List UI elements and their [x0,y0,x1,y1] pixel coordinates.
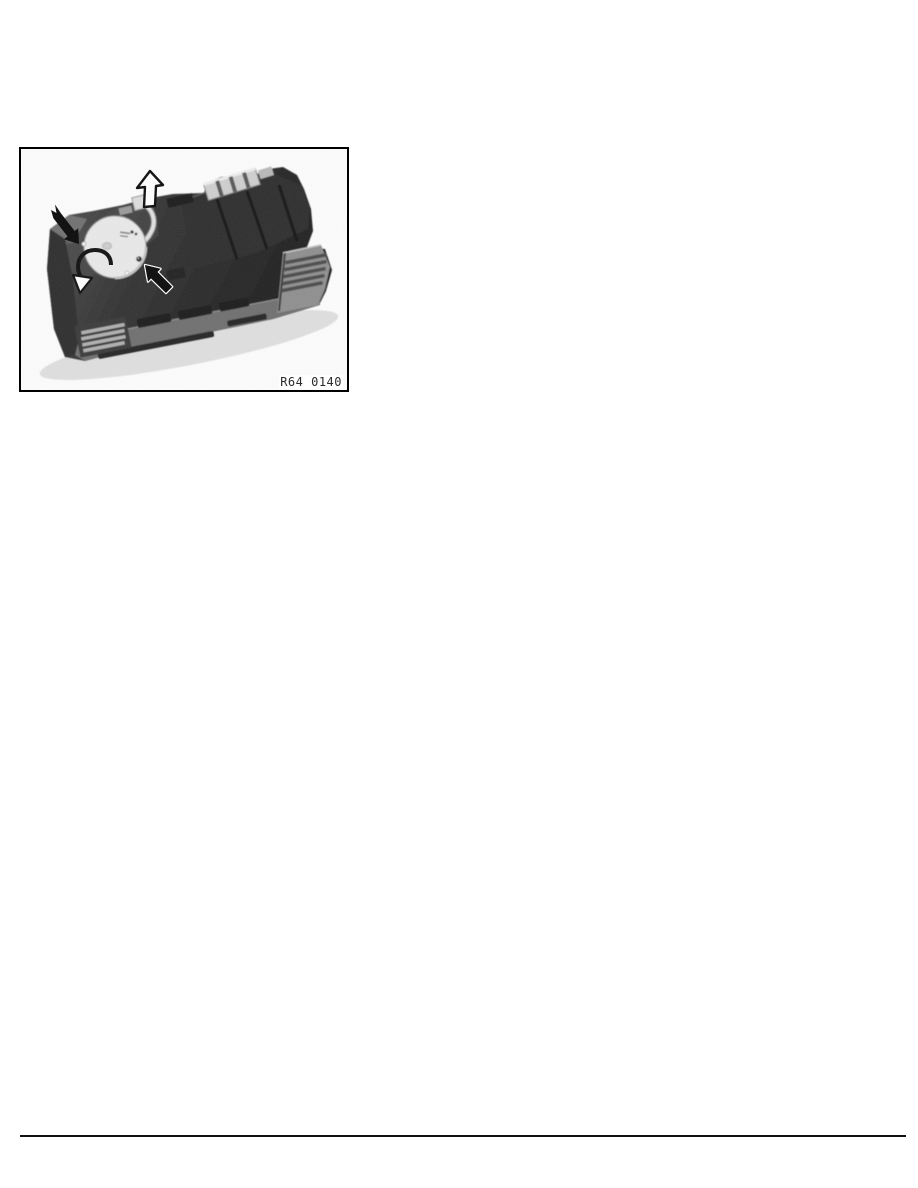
figure-frame: R64 0140 [19,147,349,392]
photo-grain [21,149,347,390]
page: R64 0140 [0,0,918,1188]
footer-rule [20,1135,906,1137]
module-photo [21,149,347,390]
figure-caption: R64 0140 [279,375,343,389]
